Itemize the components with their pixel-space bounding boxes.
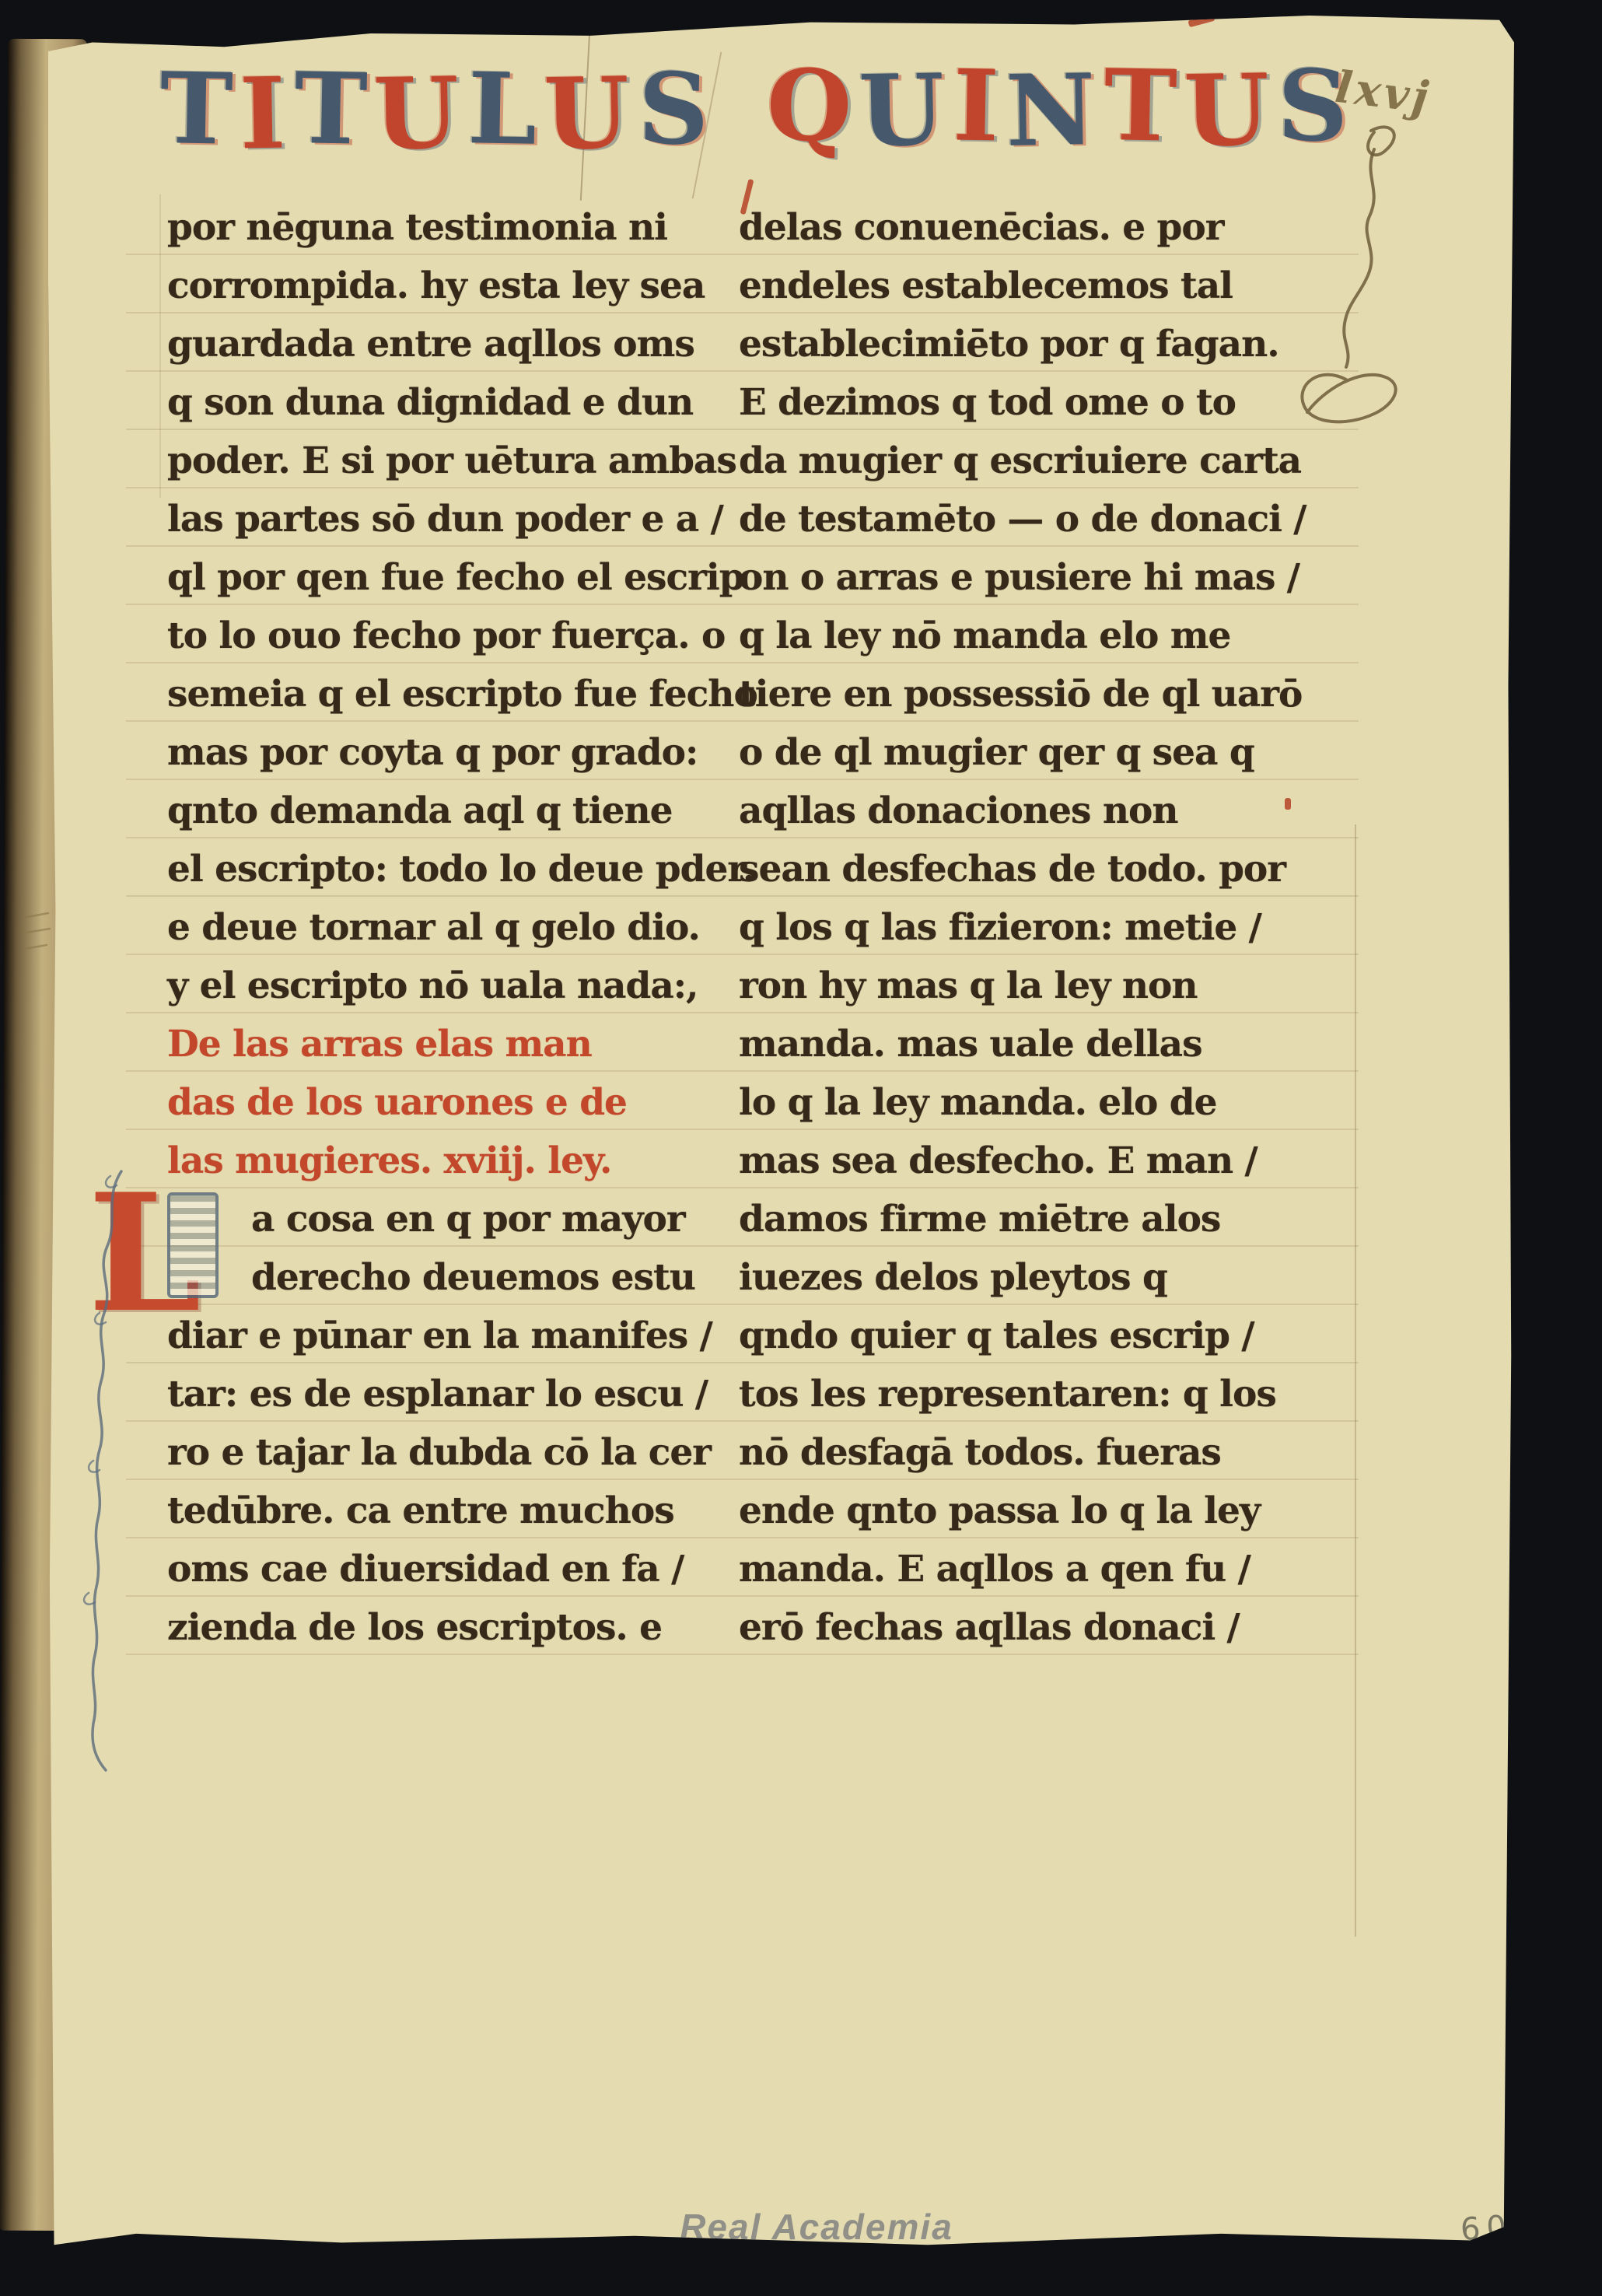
manuscript-line: qnto demanda aql q tiene bbox=[167, 782, 721, 840]
title-letter: I bbox=[239, 67, 286, 161]
text-column-left: por nēguna testimonia ni corrompida. hy … bbox=[167, 198, 721, 1657]
title-word-quintus: QUINTUS bbox=[766, 61, 1355, 154]
manuscript-line: las partes sō dun poder e a / bbox=[167, 490, 721, 548]
manuscript-line: semeia q el escripto fue fecho bbox=[167, 665, 721, 723]
manuscript-line: de testamēto — o de donaci / bbox=[739, 490, 1306, 548]
title-letter: T bbox=[159, 61, 234, 156]
manuscript-line: ql por qen fue fecho el escrip bbox=[167, 548, 721, 607]
title-letter: T bbox=[1103, 58, 1177, 153]
margin-scribble bbox=[17, 908, 59, 964]
manuscript-line: e deue tornar al q gelo dio. bbox=[167, 898, 721, 957]
title-letter: L bbox=[467, 61, 538, 156]
manuscript-line: poder. E si por uētura ambas bbox=[167, 432, 721, 490]
manuscript-line: corrompida. hy esta ley sea bbox=[167, 257, 721, 315]
manuscript-line: y el escripto nō uala nada:, bbox=[167, 957, 721, 1015]
rubric-line: das de los uarones e de bbox=[167, 1073, 721, 1132]
title-letter: U bbox=[543, 66, 630, 161]
manuscript-line: oms cae diuersidad en fa / bbox=[167, 1540, 721, 1598]
title-letter: U bbox=[373, 66, 460, 161]
manuscript-line: tedūbre. ca entre muchos bbox=[167, 1482, 721, 1540]
title-word-titulus: TITULUS bbox=[159, 64, 716, 157]
manuscript-line: manda. mas uale dellas bbox=[739, 1015, 1306, 1073]
manuscript-line: ro e tajar la dubda cō la cer bbox=[167, 1423, 721, 1482]
red-ink-mark bbox=[1188, 14, 1215, 27]
manuscript-line: mas por coyta q por grado: bbox=[167, 723, 721, 782]
watermark: Real Academia Española bbox=[599, 2206, 1034, 2290]
manuscript-line: endeles establecemos tal bbox=[739, 257, 1306, 315]
manuscript-line: delas conuenēcias. e por bbox=[739, 198, 1306, 257]
parchment-page: TITULUS QUINTUS lxvj por nēguna testimon… bbox=[48, 16, 1514, 2249]
title-letter: S bbox=[637, 61, 709, 156]
manuscript-line: nō desfagā todos. fueras bbox=[739, 1423, 1306, 1482]
manuscript-line: manda. E aqllos a qen fu / bbox=[739, 1540, 1306, 1598]
manuscript-line: tos les representaren: q los bbox=[739, 1365, 1306, 1423]
manuscript-line: aqllas donaciones non bbox=[739, 782, 1306, 840]
text-column-right: delas conuenēcias. e por endeles estable… bbox=[739, 198, 1306, 1657]
ruling-vertical-line bbox=[1355, 824, 1356, 1937]
manuscript-line: erō fechas aqllas donaci / bbox=[739, 1598, 1306, 1657]
folio-number: 60 bbox=[1459, 2209, 1513, 2249]
manuscript-photo: TITULUS QUINTUS lxvj por nēguna testimon… bbox=[0, 0, 1602, 2296]
manuscript-line: por nēguna testimonia ni bbox=[167, 198, 721, 257]
manuscript-line: q los q las fizieron: metie / bbox=[739, 898, 1306, 957]
title-letter: U bbox=[1183, 63, 1270, 158]
initial-flourish bbox=[70, 1167, 140, 1781]
manuscript-line: qndo quier q tales escrip / bbox=[739, 1307, 1306, 1365]
rubric-line: De las arras elas man bbox=[167, 1015, 721, 1073]
manuscript-line: establecimiēto por q fagan. bbox=[739, 315, 1306, 373]
manuscript-line: lo q la ley manda. elo de bbox=[739, 1073, 1306, 1132]
ruling-vertical-line bbox=[159, 194, 161, 498]
manuscript-line: da mugier q escriuiere carta bbox=[739, 432, 1306, 490]
title-letter: N bbox=[1005, 63, 1096, 158]
initial-ornament bbox=[167, 1192, 219, 1298]
manuscript-line: ron hy mas q la ley non bbox=[739, 957, 1306, 1015]
manuscript-line: damos firme miētre alos bbox=[739, 1190, 1306, 1248]
title-letter: Q bbox=[766, 58, 853, 153]
manuscript-line: guardada entre aqllos oms bbox=[167, 315, 721, 373]
title-letter: U bbox=[858, 63, 945, 158]
manuscript-line: mas sea desfecho. E man / bbox=[739, 1132, 1306, 1190]
manuscript-line: q son duna dignidad e dun bbox=[167, 373, 721, 432]
manuscript-line: q la ley nō manda elo me bbox=[739, 607, 1306, 665]
manuscript-line: ende qnto passa lo q la ley bbox=[739, 1482, 1306, 1540]
manuscript-line: tiere en possessiō de ql uarō bbox=[739, 665, 1306, 723]
manuscript-line: E dezimos q tod ome o to bbox=[739, 373, 1306, 432]
title-letter: T bbox=[293, 61, 368, 156]
manuscript-line: tar: es de esplanar lo escu / bbox=[167, 1365, 721, 1423]
title-letter: I bbox=[952, 59, 999, 153]
manuscript-line: iuezes delos pleytos q bbox=[739, 1248, 1306, 1307]
manuscript-line: on o arras e pusiere hi mas / bbox=[739, 548, 1306, 607]
manuscript-line: zienda de los escriptos. e bbox=[167, 1598, 721, 1657]
manuscript-line: el escripto: todo lo deue pder. bbox=[167, 840, 721, 898]
manuscript-line: to lo ouo fecho por fuerça. o bbox=[167, 607, 721, 665]
manuscript-line: sean desfechas de todo. por bbox=[739, 840, 1306, 898]
manuscript-line: o de ql mugier qer q sea q bbox=[739, 723, 1306, 782]
